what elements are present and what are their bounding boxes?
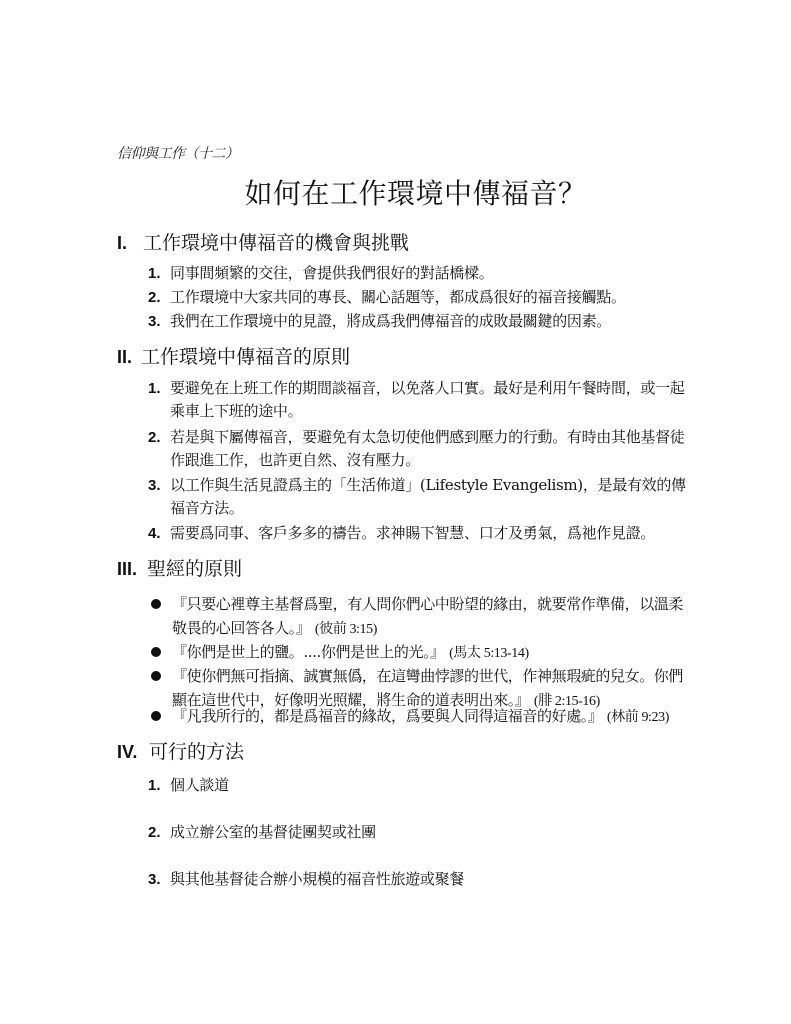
bullet-icon [150,704,172,730]
list-item: 1. 個人談道 [148,774,693,797]
item-text: 需要爲同事、客戶多多的禱告。求神賜下智慧、口才及勇氣，爲祂作見證。 [170,522,693,545]
series-label: 信仰與工作（十二） [117,143,239,163]
section-heading-4: IV. 可行的方法 [117,737,244,764]
list-item: 2. 工作環境中大家共同的專長、關心話題等，都成爲很好的福音接觸點。 [148,286,693,309]
item-number: 1. [148,774,170,797]
scripture-reference: (彼前 3:15) [315,622,377,637]
item-number: 2. [148,821,170,844]
item-number: 2. [148,286,170,309]
item-number: 1. [148,262,170,285]
item-text: 工作環境中大家共同的專長、關心話題等，都成爲很好的福音接觸點。 [170,286,693,309]
item-text: 成立辦公室的基督徒團契或社團 [170,821,693,844]
section-title: 聖經的原則 [147,554,242,581]
list-item: 3. 我們在工作環境中的見證，將成爲我們傳福音的成敗最關鍵的因素。 [148,310,693,333]
list-item: 2. 若是與下屬傳福音，要避免有太急切使他們感到壓力的行動。有時由其他基督徒作跟… [148,426,693,472]
section-heading-2: II. 工作環境中傳福音的原則 [117,342,350,369]
item-number: 2. [148,426,170,472]
section-title: 工作環境中傳福音的原則 [141,342,350,369]
scripture-reference: (林前 9:23) [607,710,669,725]
document-page: 信仰與工作（十二） 如何在工作環境中傳福音？ I. 工作環境中傳福音的機會與挑戰… [0,0,791,1024]
item-number: 3. [148,868,170,891]
list-item: 3. 以工作與生活見證爲主的「生活佈道」(Lifestyle Evangelis… [148,474,693,520]
item-text: 若是與下屬傳福音，要避免有太急切使他們感到壓力的行動。有時由其他基督徒作跟進工作… [170,426,693,472]
bullet-icon [150,592,172,642]
list-item: 1. 要避免在上班工作的期間談福音，以免落人口實。最好是利用午餐時間，或一起乘車… [148,377,693,423]
section-heading-1: I. 工作環境中傳福音的機會與挑戰 [117,228,409,255]
section-title: 可行的方法 [149,737,244,764]
scripture-reference: (馬太 5:13-14) [449,646,529,661]
page-title: 如何在工作環境中傳福音？ [0,172,791,212]
list-item: 4. 需要爲同事、客戶多多的禱告。求神賜下智慧、口才及勇氣，爲祂作見證。 [148,522,693,545]
section-number: II. [117,347,141,368]
bullet-item: 『你們是世上的鹽。....你們是世上的光。』 (馬太 5:13-14) [150,640,695,666]
item-text: 以工作與生活見證爲主的「生活佈道」(Lifestyle Evangelism)，… [170,474,693,520]
bullet-item: 『凡我所行的，都是爲福音的緣故，爲要與人同得這福音的好處。』 (林前 9:23) [150,704,695,730]
item-number: 4. [148,522,170,545]
item-text: 同事間頻繁的交往，會提供我們很好的對話橋樑。 [170,262,693,285]
scripture-quote: 『凡我所行的，都是爲福音的緣故，爲要與人同得這福音的好處。』 (林前 9:23) [172,704,695,730]
list-item: 2. 成立辦公室的基督徒團契或社團 [148,821,693,844]
section-heading-3: III. 聖經的原則 [117,554,242,581]
item-text: 個人談道 [170,774,693,797]
scripture-quote: 『你們是世上的鹽。....你們是世上的光。』 (馬太 5:13-14) [172,640,695,666]
list-item: 1. 同事間頻繁的交往，會提供我們很好的對話橋樑。 [148,262,693,285]
list-item: 3. 與其他基督徒合辦小規模的福音性旅遊或聚餐 [148,868,693,891]
section-title: 工作環境中傳福音的機會與挑戰 [143,228,409,255]
bullet-item: 『只要心裡尊主基督爲聖，有人問你們心中盼望的緣由，就要常作準備，以溫柔敬畏的心回… [150,592,695,642]
section-number: I. [117,233,143,254]
item-text: 與其他基督徒合辦小規模的福音性旅遊或聚餐 [170,868,693,891]
section-number: IV. [117,742,149,763]
section-number: III. [117,559,147,580]
item-number: 3. [148,474,170,520]
item-number: 1. [148,377,170,423]
item-number: 3. [148,310,170,333]
bullet-icon [150,640,172,666]
item-text: 我們在工作環境中的見證，將成爲我們傳福音的成敗最關鍵的因素。 [170,310,693,333]
item-text: 要避免在上班工作的期間談福音，以免落人口實。最好是利用午餐時間，或一起乘車上下班… [170,377,693,423]
scripture-quote: 『只要心裡尊主基督爲聖，有人問你們心中盼望的緣由，就要常作準備，以溫柔敬畏的心回… [172,592,695,642]
